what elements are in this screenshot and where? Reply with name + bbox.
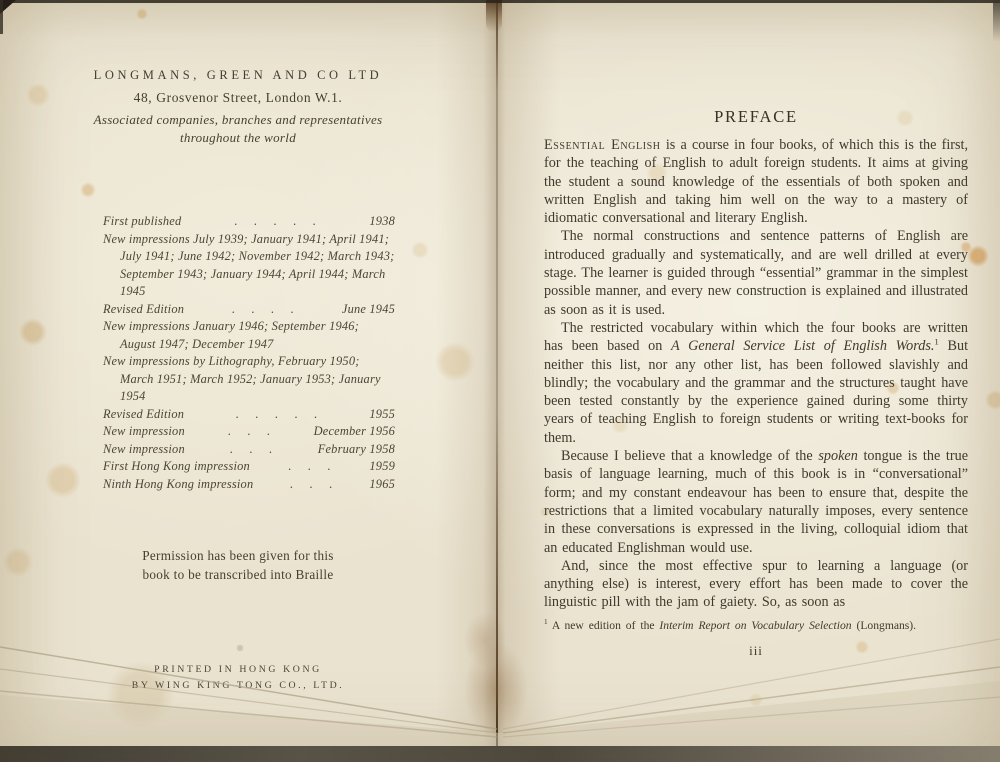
- photo-corner-top-right: [993, 0, 1000, 42]
- book-photo: LONGMANS, GREEN AND CO LTD 48, Grosvenor…: [0, 0, 1000, 762]
- photo-edge-left: [0, 0, 3, 34]
- photo-vignette: [0, 0, 1000, 762]
- photo-top-edge: [0, 0, 1000, 3]
